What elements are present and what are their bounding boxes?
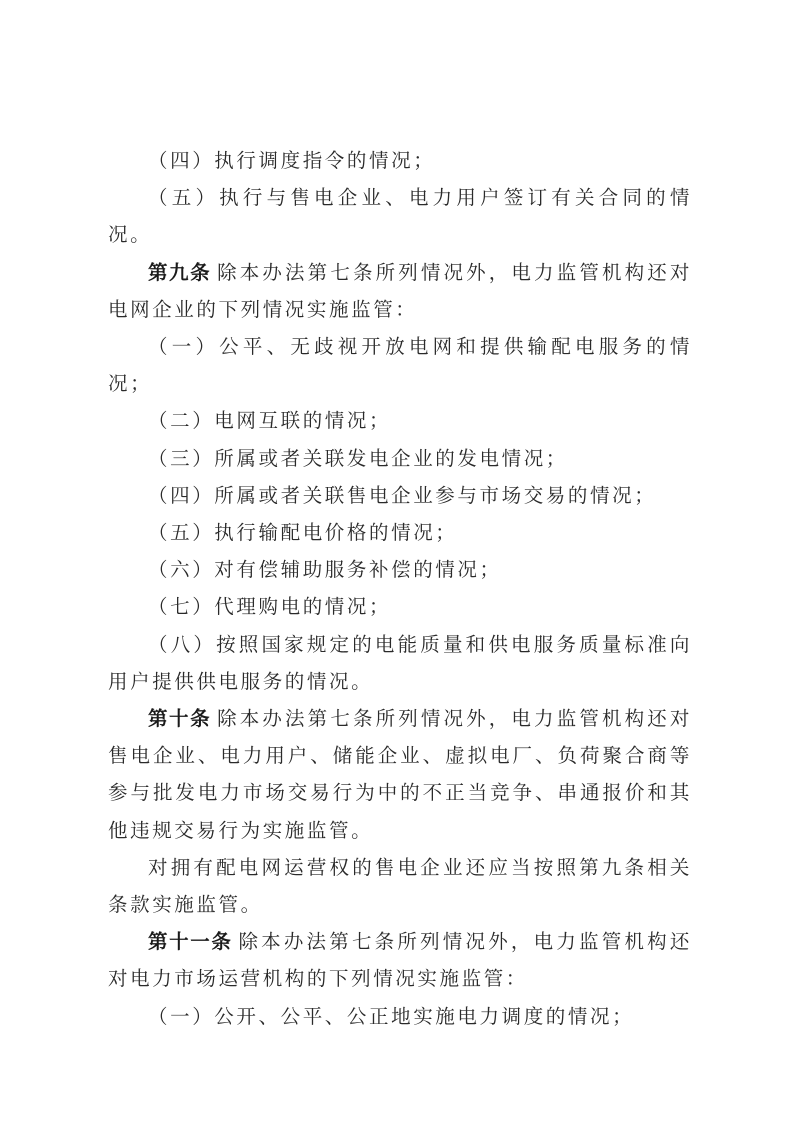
paragraph-text: （七）代理购电的情况； (148, 595, 391, 618)
article-10-supplement: 对拥有配电网运营权的售电企业还应当按照第九条相关条款实施监管。 (108, 849, 692, 923)
article-11: 第十一条除本办法第七条所列情况外，电力监管机构还对电力市场运营机构的下列情况实施… (108, 923, 692, 997)
article-9-item-1: （一）公平、无歧视开放电网和提供输配电服务的情况； (108, 328, 692, 402)
document-page: （四）执行调度指令的情况； （五）执行与售电企业、电力用户签订有关合同的情况。 … (108, 142, 692, 1035)
article-11-item-1: （一）公开、公平、公正地实施电力调度的情况； (108, 998, 692, 1035)
article-9-item-6: （六）对有偿辅助服务补偿的情况； (108, 551, 692, 588)
article-9-item-5: （五）执行输配电价格的情况； (108, 514, 692, 551)
paragraph-text: （一）公开、公平、公正地实施电力调度的情况； (148, 1005, 634, 1028)
paragraph-text: （六）对有偿辅助服务补偿的情况； (148, 558, 502, 581)
article-heading: 第十一条 (148, 930, 232, 953)
article-9-item-2: （二）电网互联的情况； (108, 402, 692, 439)
paragraph-text: （四）执行调度指令的情况； (148, 149, 435, 172)
article-9-item-4: （四）所属或者关联售电企业参与市场交易的情况； (108, 477, 692, 514)
article-heading: 第九条 (148, 261, 211, 284)
paragraph-text: （一）公平、无歧视开放电网和提供输配电服务的情况； (108, 335, 692, 395)
paragraph-item-4-dispatch: （四）执行调度指令的情况； (108, 142, 692, 179)
paragraph-item-5-contracts: （五）执行与售电企业、电力用户签订有关合同的情况。 (108, 179, 692, 253)
article-9-item-3: （三）所属或者关联发电企业的发电情况； (108, 440, 692, 477)
article-10: 第十条除本办法第七条所列情况外，电力监管机构还对售电企业、电力用户、储能企业、虚… (108, 700, 692, 849)
paragraph-text: （二）电网互联的情况； (148, 409, 391, 432)
paragraph-text: 对拥有配电网运营权的售电企业还应当按照第九条相关条款实施监管。 (108, 856, 692, 916)
article-heading: 第十条 (148, 707, 211, 730)
paragraph-text: （八）按照国家规定的电能质量和供电服务质量标准向用户提供供电服务的情况。 (108, 633, 692, 693)
paragraph-text: （五）执行与售电企业、电力用户签订有关合同的情况。 (108, 186, 692, 246)
article-9-item-8: （八）按照国家规定的电能质量和供电服务质量标准向用户提供供电服务的情况。 (108, 626, 692, 700)
paragraph-text: （三）所属或者关联发电企业的发电情况； (148, 447, 568, 470)
article-9-item-7: （七）代理购电的情况； (108, 588, 692, 625)
paragraph-text: （四）所属或者关联售电企业参与市场交易的情况； (148, 484, 656, 507)
paragraph-text: （五）执行输配电价格的情况； (148, 521, 457, 544)
article-9: 第九条除本办法第七条所列情况外，电力监管机构还对电网企业的下列情况实施监管： (108, 254, 692, 328)
